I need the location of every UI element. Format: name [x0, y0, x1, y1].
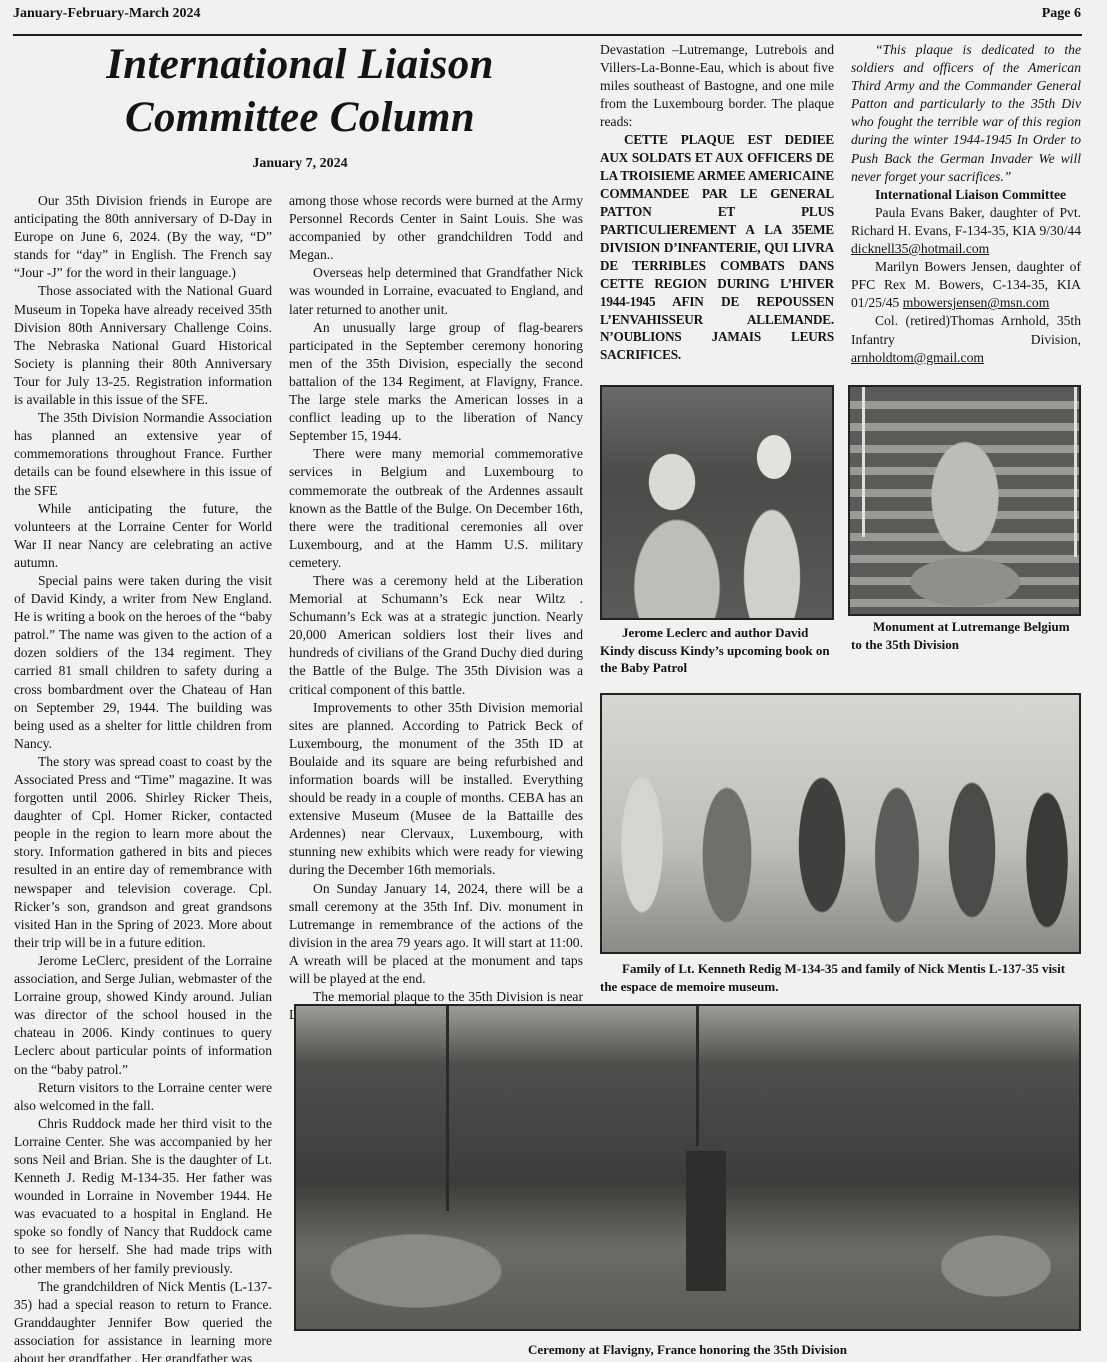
paragraph: The story was spread coast to coast by t…: [14, 753, 272, 952]
paragraph: The 35th Division Normandie Association …: [14, 409, 272, 499]
signature-heading: International Liaison Committee: [851, 186, 1081, 204]
caption-text: Jerome Leclerc and author David Kindy di…: [600, 625, 830, 675]
photo-lutremange-monument: [848, 385, 1081, 616]
paragraph: An unusually large group of flag-bearers…: [289, 319, 583, 446]
email-link[interactable]: dicknell35@hotmail.com: [851, 241, 989, 256]
paragraph: among those whose records were burned at…: [289, 192, 583, 264]
paragraph: The grandchildren of Nick Mentis (L-137-…: [14, 1278, 272, 1362]
article-title: International Liaison Committee Column: [40, 38, 560, 144]
header-rule: [13, 34, 1082, 36]
article-column-2: among those whose records were burned at…: [289, 192, 583, 1024]
photo-caption: Ceremony at Flavigny, France honoring th…: [294, 1341, 1081, 1359]
issue-date-header: January-February-March 2024: [13, 6, 201, 22]
paragraph: Overseas help determined that Grandfathe…: [289, 264, 583, 318]
signature-member: Paula Evans Baker, daughter of Pvt. Rich…: [851, 204, 1081, 258]
paragraph: Our 35th Division friends in Europe are …: [14, 192, 272, 282]
page-number: Page 6: [1042, 6, 1081, 22]
paragraph: While anticipating the future, the volun…: [14, 500, 272, 572]
email-link[interactable]: arnholdtom@gmail.com: [851, 350, 984, 365]
photo-leclerc-kindy: [600, 385, 834, 620]
stele-graphic: [686, 1151, 726, 1291]
signature-member: Col. (retired)Thomas Arnhold, 35th Infan…: [851, 312, 1081, 366]
member-details: Paula Evans Baker, daughter of Pvt. Rich…: [851, 205, 1081, 238]
signature-member: Marilyn Bowers Jensen, daughter of PFC R…: [851, 258, 1081, 312]
flag-pole-graphic: [696, 1006, 699, 1146]
paragraph: Jerome LeClerc, president of the Lorrain…: [14, 952, 272, 1079]
paragraph: Special pains were taken during the visi…: [14, 572, 272, 753]
flag-pole-graphic: [1074, 387, 1077, 557]
article-column-1: Our 35th Division friends in Europe are …: [14, 192, 272, 1362]
email-link[interactable]: mbowersjensen@msn.com: [903, 295, 1050, 310]
photo-family-group: [600, 693, 1081, 954]
paragraph: There were many memorial commemorative s…: [289, 445, 583, 572]
paragraph: Chris Ruddock made her third visit to th…: [14, 1115, 272, 1278]
paragraph: Devastation –Lutremange, Lutrebois and V…: [600, 41, 834, 131]
plaque-english-translation: “This plaque is dedicated to the soldier…: [851, 41, 1081, 186]
flag-pole-graphic: [446, 1006, 449, 1211]
flag-pole-graphic: [862, 387, 865, 537]
photo-flavigny-ceremony: [294, 1004, 1081, 1331]
photo-caption: Family of Lt. Kenneth Redig M-134-35 and…: [600, 960, 1082, 995]
paragraph: There was a ceremony held at the Liberat…: [289, 572, 583, 699]
article-column-3: Devastation –Lutremange, Lutrebois and V…: [600, 41, 834, 364]
caption-text: Family of Lt. Kenneth Redig M-134-35 and…: [600, 961, 1065, 994]
title-line-2: Committee Column: [40, 91, 560, 144]
caption-text: Monument at Lutremange Belgium to the 35…: [851, 619, 1070, 652]
photo-caption: Jerome Leclerc and author David Kindy di…: [600, 624, 836, 677]
plaque-french-text: CETTE PLAQUE EST DEDIEE AUX SOLDATS ET A…: [600, 131, 834, 364]
title-line-1: International Liaison: [40, 38, 560, 91]
article-date: January 7, 2024: [40, 156, 560, 172]
member-details: Col. (retired)Thomas Arnhold, 35th Infan…: [851, 313, 1081, 346]
paragraph: Those associated with the National Guard…: [14, 282, 272, 409]
photo-caption: Monument at Lutremange Belgium to the 35…: [851, 618, 1083, 653]
paragraph: Return visitors to the Lorraine center w…: [14, 1079, 272, 1115]
article-column-4: “This plaque is dedicated to the soldier…: [851, 41, 1081, 367]
paragraph: Improvements to other 35th Division memo…: [289, 699, 583, 880]
paragraph: On Sunday January 14, 2024, there will b…: [289, 880, 583, 989]
